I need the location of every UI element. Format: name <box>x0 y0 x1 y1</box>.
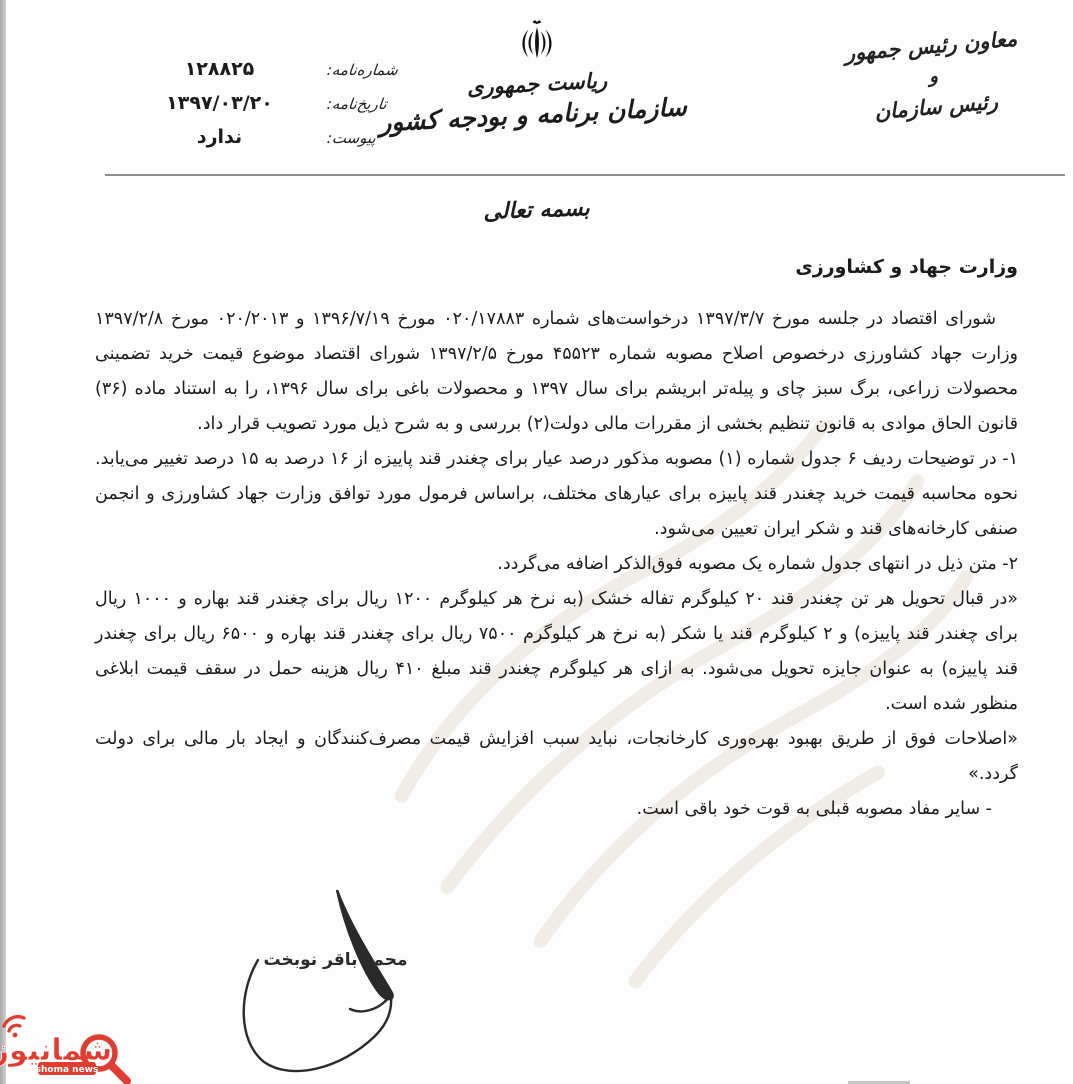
body-item-1: ۱- در توضیحات ردیف ۶ جدول شماره (۱) مصوب… <box>95 442 1018 547</box>
letter-number-row: شماره‌نامه: ۱۲۸۸۲۵ <box>112 58 442 92</box>
handwritten-signature <box>218 878 414 1084</box>
body-item-2: ۲- متن ذیل در انتهای جدول شماره یک مصوبه… <box>95 547 1018 582</box>
shomanews-watermark-logo: شمانیوز shoma news <box>0 1012 142 1084</box>
body-quote: «در قبال تحویل هر تن چغندر قند ۲۰ کیلوگر… <box>95 582 1018 722</box>
brand-name-latin-badge: shoma news <box>36 1062 99 1075</box>
scan-edge-strip <box>0 0 6 1084</box>
letter-attachment-row: پیوست: ندارد <box>112 126 442 160</box>
recipient-line: وزارت جهاد و کشاورزی <box>795 256 1018 278</box>
scanned-letter-page: معاون رئیس جمهور و رئیس سازمان ریاست جمه… <box>0 0 1073 1084</box>
letter-body: شورای اقتصاد در جلسه مورخ ۱۳۹۷/۳/۷ درخوا… <box>95 302 1018 827</box>
letterhead-divider <box>105 174 1065 176</box>
body-paragraph-1: شورای اقتصاد در جلسه مورخ ۱۳۹۷/۳/۷ درخوا… <box>95 302 1018 442</box>
letter-number-value: ۱۲۸۸۲۵ <box>112 58 327 80</box>
body-closing-item: - سایر مفاد مصوبه قبلی به قوت خود باقی ا… <box>95 792 1018 827</box>
besmellah-heading: بسمه تعالی <box>0 179 1073 241</box>
letter-meta-block: شماره‌نامه: ۱۲۸۸۲۵ تاریخ‌نامه: ۱۳۹۷/۰۳/۲… <box>112 58 442 160</box>
letter-date-value: ۱۳۹۷/۰۳/۲۰ <box>112 92 327 114</box>
letter-date-row: تاریخ‌نامه: ۱۳۹۷/۰۳/۲۰ <box>112 92 442 126</box>
iran-emblem-icon <box>511 16 563 70</box>
letter-number-label: شماره‌نامه: <box>326 61 443 79</box>
body-note: «اصلاحات فوق از طریق بهبود بهره‌وری کارخ… <box>95 722 1018 792</box>
letter-attachment-label: پیوست: <box>326 129 443 147</box>
signer-title-block: معاون رئیس جمهور و رئیس سازمان <box>813 24 1055 129</box>
letter-date-label: تاریخ‌نامه: <box>326 95 443 113</box>
brand-name-latin: shoma news <box>36 1065 99 1075</box>
letter-attachment-value: ندارد <box>112 126 327 148</box>
